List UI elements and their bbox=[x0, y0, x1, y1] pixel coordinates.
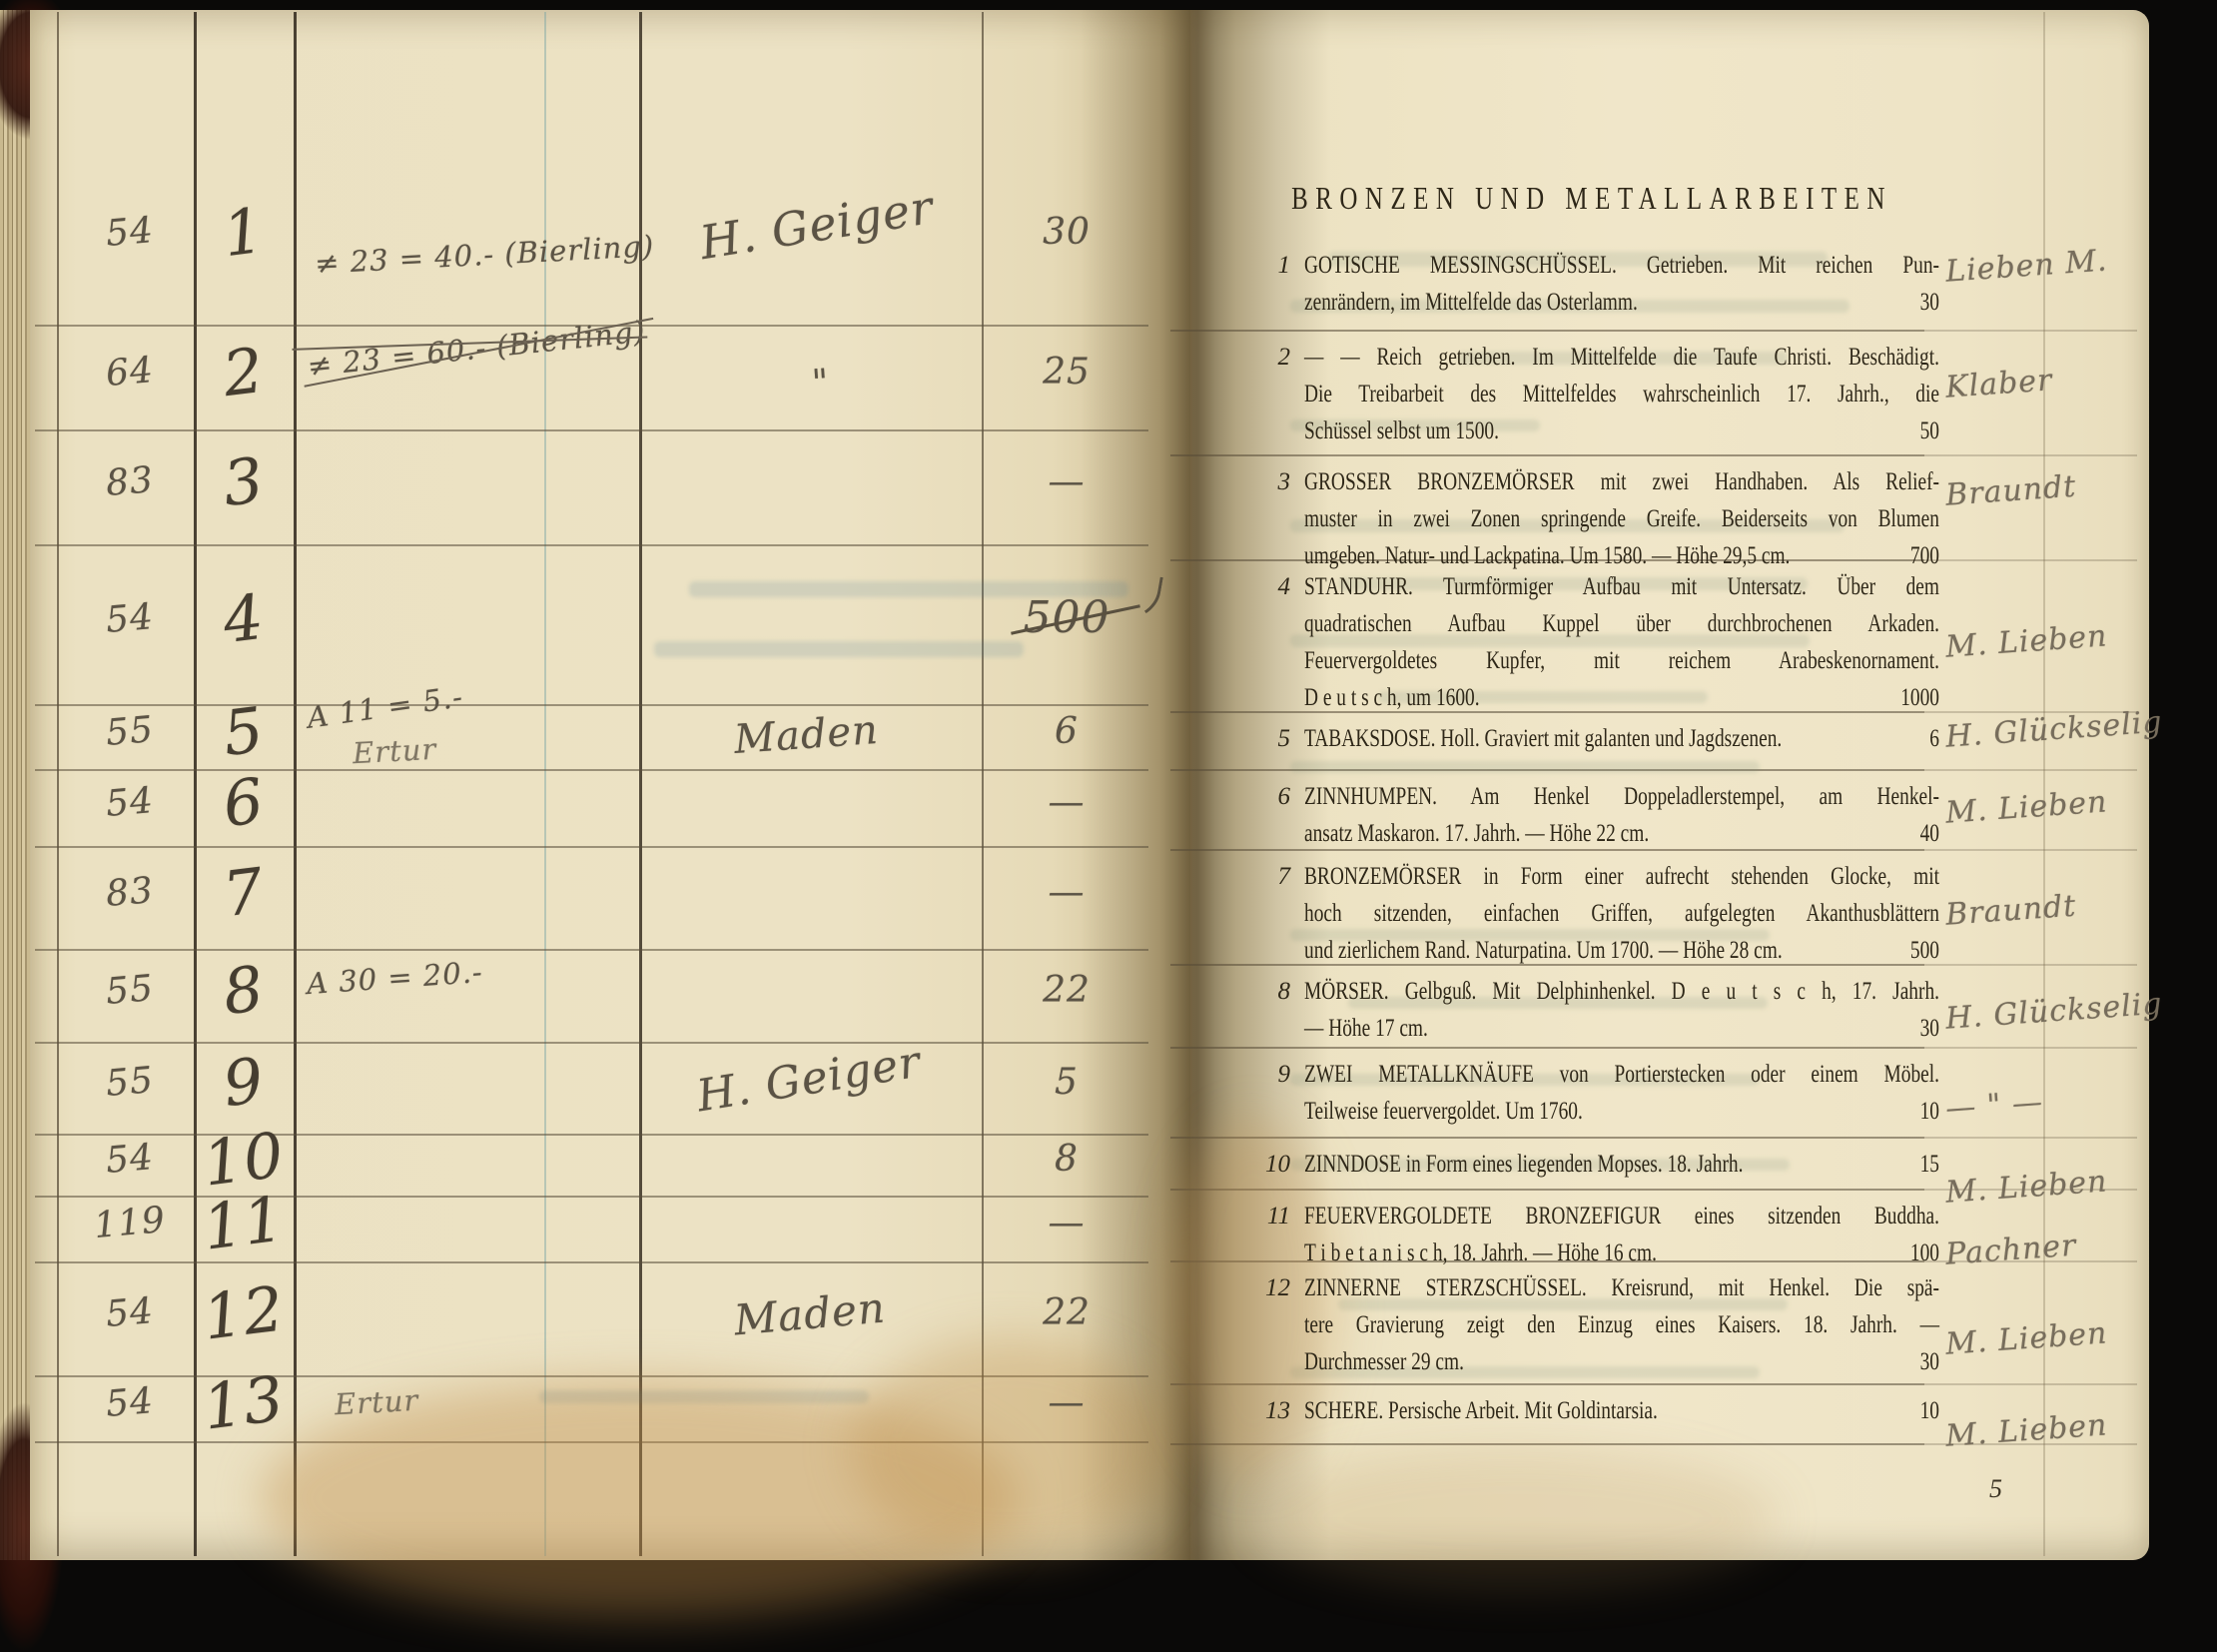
catalog-entry: 4STANDUHR. Turmförmiger Aufbau mit Unter… bbox=[1246, 568, 1937, 716]
entry-body: TABAKSDOSE. Holl. Graviert mit galanten … bbox=[1304, 720, 1939, 757]
entry-line: BRONZEMÖRSER in Form einer aufrecht steh… bbox=[1304, 858, 1939, 895]
entry-number: 12 bbox=[1246, 1269, 1304, 1380]
ledger-ref-number: 54 bbox=[83, 1288, 176, 1337]
page-number: 5 bbox=[1989, 1474, 2002, 1504]
entry-body: ZINNHUMPEN. Am Henkel Doppeladlerstempel… bbox=[1304, 778, 1939, 852]
ledger-lot-number: 4 bbox=[189, 576, 299, 661]
entry-line-text: ansatz Maskaron. 17. Jahrh. — Höhe 22 cm… bbox=[1304, 815, 1649, 852]
ledger-lot-number: 13 bbox=[189, 1360, 299, 1445]
entry-line-text: und zierlichem Rand. Naturpatina. Um 170… bbox=[1304, 932, 1783, 969]
ledger-ref-number: 119 bbox=[83, 1199, 176, 1247]
entry-price: 50 bbox=[1901, 413, 1939, 449]
ledger-price: — bbox=[982, 461, 1151, 502]
ledger-row: 5413Ertur— bbox=[35, 1375, 1148, 1441]
ledger-ref-number: 54 bbox=[83, 1378, 176, 1427]
ledger-lot-number: 6 bbox=[189, 760, 299, 845]
entry-number: 6 bbox=[1246, 778, 1304, 852]
entry-line: ZWEI METALLKNÄUFE von Portierstecken ode… bbox=[1304, 1056, 1939, 1093]
catalog-entry: 3GROSSER BRONZEMÖRSER mit zwei Handhaben… bbox=[1246, 463, 1937, 574]
ledger-ref-number: 54 bbox=[83, 208, 176, 257]
entry-body: FEUERVERGOLDETE BRONZEFIGUR eines sitzen… bbox=[1304, 1198, 1939, 1271]
ledger-price: — bbox=[982, 1203, 1151, 1243]
ledger-row: 642≠ 23 = 60.- (Bierling)"25 bbox=[35, 325, 1148, 429]
ledger-price: 8 bbox=[982, 1139, 1151, 1180]
entry-line-text: SCHERE. Persische Arbeit. Mit Goldintars… bbox=[1304, 1392, 1658, 1429]
entry-line-text: TABAKSDOSE. Holl. Graviert mit galanten … bbox=[1304, 720, 1782, 757]
ledger-row: 541≠ 23 = 40.- (Bierling)H. Geiger30 bbox=[35, 150, 1148, 325]
ledger-row: 833— bbox=[35, 429, 1148, 544]
entry-line: D e u t s c h, um 1600.1000 bbox=[1304, 679, 1939, 716]
catalog-entry: 12ZINNERNE STERZSCHÜSSEL. Kreisrund, mit… bbox=[1246, 1269, 1937, 1380]
ledger-price: — bbox=[982, 782, 1151, 823]
entry-price: 10 bbox=[1901, 1093, 1939, 1130]
ledger-row: 558A 30 = 20.-22 bbox=[35, 949, 1148, 1042]
entry-body: BRONZEMÖRSER in Form einer aufrecht steh… bbox=[1304, 858, 1939, 969]
entry-price: 30 bbox=[1901, 1343, 1939, 1380]
ledger-price: — bbox=[982, 872, 1151, 913]
entry-line: — — Reich getrieben. Im Mittelfelde die … bbox=[1304, 339, 1939, 376]
entry-body: STANDUHR. Turmförmiger Aufbau mit Unters… bbox=[1304, 568, 1939, 716]
entry-line: ZINNDOSE in Form eines liegenden Mopses.… bbox=[1304, 1146, 1939, 1183]
ledger-ref-number: 54 bbox=[83, 778, 176, 827]
entry-number: 10 bbox=[1246, 1146, 1304, 1183]
entry-price: 40 bbox=[1901, 815, 1939, 852]
ledger-row: 559H. Geiger5 bbox=[35, 1042, 1148, 1134]
ledger-lot-number: 9 bbox=[189, 1040, 299, 1125]
entry-line: FEUERVERGOLDETE BRONZEFIGUR eines sitzen… bbox=[1304, 1198, 1939, 1235]
entry-body: ZINNERNE STERZSCHÜSSEL. Kreisrund, mit H… bbox=[1304, 1269, 1939, 1380]
ledger-row: 54108 bbox=[35, 1134, 1148, 1196]
entry-line: Feuervergoldetes Kupfer, mit reichem Ara… bbox=[1304, 642, 1939, 679]
entry-number: 1 bbox=[1246, 247, 1304, 321]
entry-line: GROSSER BRONZEMÖRSER mit zwei Handhaben.… bbox=[1304, 463, 1939, 500]
ledger-ref-number: 83 bbox=[83, 868, 176, 917]
catalog-entry: 8MÖRSER. Gelbguß. Mit Delphinhenkel. D e… bbox=[1246, 973, 1937, 1047]
entry-body: ZINNDOSE in Form eines liegenden Mopses.… bbox=[1304, 1146, 1939, 1183]
catalog-entry: 13SCHERE. Persische Arbeit. Mit Goldinta… bbox=[1246, 1392, 1937, 1429]
entry-number: 11 bbox=[1246, 1198, 1304, 1271]
catalog-entry: 9ZWEI METALLKNÄUFE von Portierstecken od… bbox=[1246, 1056, 1937, 1130]
page-title: BRONZEN UND METALLARBEITEN bbox=[1264, 180, 1918, 217]
entry-line: quadratischen Aufbau Kuppel über durchbr… bbox=[1304, 605, 1939, 642]
ledger-row: 544500 bbox=[35, 544, 1148, 704]
ledger-price: 22 bbox=[982, 970, 1151, 1011]
ledger-price: 22 bbox=[982, 1292, 1151, 1333]
entry-number: 5 bbox=[1246, 720, 1304, 757]
entry-line: muster in zwei Zonen springende Greife. … bbox=[1304, 500, 1939, 537]
ledger-ref-number: 55 bbox=[83, 707, 176, 756]
ledger-lot-number: 11 bbox=[189, 1181, 299, 1265]
catalog-entry: 2— — Reich getrieben. Im Mittelfelde die… bbox=[1246, 339, 1937, 449]
ledger-note-scribble: Ertur bbox=[334, 1383, 419, 1421]
entry-line: STANDUHR. Turmförmiger Aufbau mit Unters… bbox=[1304, 568, 1939, 605]
entry-price: 10 bbox=[1901, 1392, 1939, 1429]
entry-line: Teilweise feuervergoldet. Um 1760.10 bbox=[1304, 1093, 1939, 1130]
entry-number: 3 bbox=[1246, 463, 1304, 574]
ledger-lot-number: 12 bbox=[189, 1270, 299, 1355]
ledger-lot-number: 2 bbox=[189, 330, 299, 414]
ledger-ref-number: 54 bbox=[83, 594, 176, 643]
ledger-ref-number: 55 bbox=[83, 966, 176, 1015]
ledger-ref-number: 54 bbox=[83, 1135, 176, 1184]
entry-line: SCHERE. Persische Arbeit. Mit Goldintars… bbox=[1304, 1392, 1939, 1429]
entry-price: 30 bbox=[1901, 1010, 1939, 1047]
ledger-note: ≠ 23 = 40.- (Bierling) bbox=[314, 229, 655, 281]
ledger-buyer-name: Maden bbox=[733, 707, 881, 763]
entry-price: 6 bbox=[1911, 720, 1939, 757]
ledger-lot-number: 1 bbox=[189, 190, 299, 275]
entry-number: 2 bbox=[1246, 339, 1304, 449]
entry-line: MÖRSER. Gelbguß. Mit Delphinhenkel. D e … bbox=[1304, 973, 1939, 1010]
ledger-price: — bbox=[982, 1382, 1151, 1423]
ledger-row: 555A 11 = 5.-ErturMaden6 bbox=[35, 704, 1148, 769]
catalog-entry: 10ZINNDOSE in Form eines liegenden Mopse… bbox=[1246, 1146, 1937, 1183]
ledger-row: 837— bbox=[35, 846, 1148, 949]
catalog-entry: 5TABAKSDOSE. Holl. Graviert mit galanten… bbox=[1246, 720, 1937, 757]
ledger-note: ≠ 23 = 60.- (Bierling) bbox=[306, 314, 647, 383]
entry-line-text: zenrändern, im Mittelfelde das Osterlamm… bbox=[1304, 284, 1638, 321]
entry-number: 9 bbox=[1246, 1056, 1304, 1130]
entry-line: zenrändern, im Mittelfelde das Osterlamm… bbox=[1304, 284, 1939, 321]
ledger-buyer-name: H. Geiger bbox=[696, 180, 937, 270]
entry-line-text: Durchmesser 29 cm. bbox=[1304, 1343, 1464, 1380]
entry-line: T i b e t a n i s c h, 18. Jahrh. — Höhe… bbox=[1304, 1235, 1939, 1271]
ledger-ref-number: 83 bbox=[83, 457, 176, 506]
entry-line: GOTISCHE MESSINGSCHÜSSEL. Getrieben. Mit… bbox=[1304, 247, 1939, 284]
entry-price: 30 bbox=[1901, 284, 1939, 321]
entry-line-text: D e u t s c h, um 1600. bbox=[1304, 679, 1480, 716]
entry-line: ZINNERNE STERZSCHÜSSEL. Kreisrund, mit H… bbox=[1304, 1269, 1939, 1306]
ledger-lot-number: 3 bbox=[189, 439, 299, 524]
entry-line: TABAKSDOSE. Holl. Graviert mit galanten … bbox=[1304, 720, 1939, 757]
entry-line-text: ZINNDOSE in Form eines liegenden Mopses.… bbox=[1304, 1146, 1743, 1183]
entry-number: 13 bbox=[1246, 1392, 1304, 1429]
entry-body: GOTISCHE MESSINGSCHÜSSEL. Getrieben. Mit… bbox=[1304, 247, 1939, 321]
entry-line-text: T i b e t a n i s c h, 18. Jahrh. — Höhe… bbox=[1304, 1235, 1657, 1271]
entry-body: ZWEI METALLKNÄUFE von Portierstecken ode… bbox=[1304, 1056, 1939, 1130]
entry-line-text: Teilweise feuervergoldet. Um 1760. bbox=[1304, 1093, 1583, 1130]
catalog-entry: 6ZINNHUMPEN. Am Henkel Doppeladlerstempe… bbox=[1246, 778, 1937, 852]
entry-line: tere Gravierung zeigt den Einzug eines K… bbox=[1304, 1306, 1939, 1343]
catalog-entry: 1GOTISCHE MESSINGSCHÜSSEL. Getrieben. Mi… bbox=[1246, 247, 1937, 321]
entry-line: ansatz Maskaron. 17. Jahrh. — Höhe 22 cm… bbox=[1304, 815, 1939, 852]
entry-number: 7 bbox=[1246, 858, 1304, 969]
entry-body: GROSSER BRONZEMÖRSER mit zwei Handhaben.… bbox=[1304, 463, 1939, 574]
entry-body: — — Reich getrieben. Im Mittelfelde die … bbox=[1304, 339, 1939, 449]
ledger-row: 5412Maden22 bbox=[35, 1261, 1148, 1375]
entry-line: hoch sitzenden, einfachen Griffen, aufge… bbox=[1304, 895, 1939, 932]
ledger-buyer-name: H. Geiger bbox=[693, 1037, 924, 1123]
entry-price: 15 bbox=[1901, 1146, 1939, 1183]
ledger-lot-number: 7 bbox=[189, 850, 299, 935]
ledger-row: 11911— bbox=[35, 1196, 1148, 1261]
entry-price: 500 bbox=[1891, 932, 1939, 969]
catalog-entry: 7BRONZEMÖRSER in Form einer aufrecht ste… bbox=[1246, 858, 1937, 969]
ledger-row: 546— bbox=[35, 769, 1148, 846]
entry-line: und zierlichem Rand. Naturpatina. Um 170… bbox=[1304, 932, 1939, 969]
ledger-lot-number: 8 bbox=[189, 948, 299, 1033]
entry-price: 1000 bbox=[1882, 679, 1939, 716]
book-scan: BRONZEN UND METALLARBEITEN 5 541≠ 23 = 4… bbox=[0, 0, 2217, 1652]
entry-number: 8 bbox=[1246, 973, 1304, 1047]
entry-body: SCHERE. Persische Arbeit. Mit Goldintars… bbox=[1304, 1392, 1939, 1429]
ledger-price: 30 bbox=[982, 212, 1151, 253]
ledger-ref-number: 64 bbox=[83, 348, 176, 397]
ledger-buyer-name: " bbox=[811, 362, 831, 404]
entry-price: 100 bbox=[1891, 1235, 1939, 1271]
ledger-price: 25 bbox=[982, 352, 1151, 393]
entry-body: MÖRSER. Gelbguß. Mit Delphinhenkel. D e … bbox=[1304, 973, 1939, 1047]
ledger-price: 5 bbox=[982, 1062, 1151, 1103]
entry-line: — Höhe 17 cm.30 bbox=[1304, 1010, 1939, 1047]
ledger-ref-number: 55 bbox=[83, 1058, 176, 1107]
entry-line: ZINNHUMPEN. Am Henkel Doppeladlerstempel… bbox=[1304, 778, 1939, 815]
entry-line-text: — Höhe 17 cm. bbox=[1304, 1010, 1428, 1047]
ledger-note-scribble: Ertur bbox=[352, 732, 437, 770]
ledger-price: 500 bbox=[982, 592, 1151, 643]
entry-line: Schüssel selbst um 1500.50 bbox=[1304, 413, 1939, 449]
entry-line: Durchmesser 29 cm.30 bbox=[1304, 1343, 1939, 1380]
entry-number: 4 bbox=[1246, 568, 1304, 716]
page-edge-stack bbox=[0, 10, 32, 1560]
ledger-buyer-name: Maden bbox=[732, 1282, 888, 1344]
entry-line: Die Treibarbeit des Mittelfeldes wahrsch… bbox=[1304, 376, 1939, 413]
catalog-entry: 11FEUERVERGOLDETE BRONZEFIGUR eines sitz… bbox=[1246, 1198, 1937, 1271]
ledger-price: 6 bbox=[982, 711, 1151, 752]
entry-line-text: Schüssel selbst um 1500. bbox=[1304, 413, 1499, 449]
ledger-note: A 30 = 20.- bbox=[306, 955, 484, 1001]
